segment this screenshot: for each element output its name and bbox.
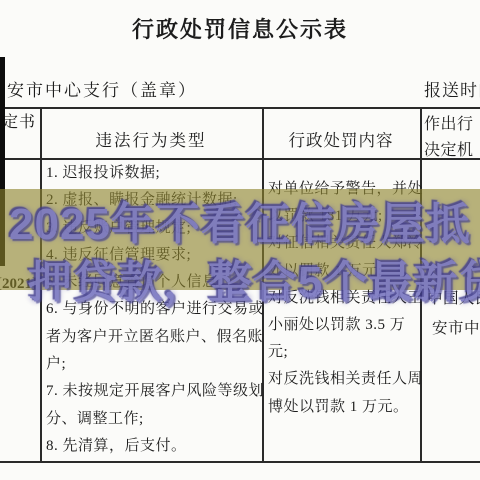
violation-line: 1. 迟报投诉数据;: [46, 160, 262, 187]
table-top-border: [0, 107, 480, 109]
table-bottom-border: [0, 461, 480, 463]
penalty-line: 元;: [268, 339, 420, 366]
header-deciding-authority: 作出行 决定机: [424, 112, 474, 164]
header-decision-doc: 定书: [2, 109, 36, 132]
penalty-line: 博处以罚款 1 万元。: [268, 394, 420, 421]
watermark-text-line1: 2025年不看征信房屋抵: [0, 188, 480, 252]
header-deciding-authority-line2: 决定机: [424, 138, 474, 164]
penalty-disclosure-document: 行政处罚信息公示表 雅安市中心支行（盖章） 报送时间 定书 违法行为类型 行政处…: [0, 0, 480, 480]
deciding-authority-line: 安市中: [427, 314, 480, 344]
violation-line: 7. 未按规定开展客户风险等级划: [46, 378, 262, 405]
report-time-label: 报送时间: [424, 76, 480, 101]
violation-line: 分、调整工作;: [46, 406, 262, 433]
document-title: 行政处罚信息公示表: [0, 13, 480, 44]
header-violation-type: 违法行为类型: [40, 127, 262, 151]
violation-line: 者为客户开立匿名账户、假名账: [46, 324, 262, 351]
violation-line: 8. 先清算，后支付。: [46, 433, 262, 460]
header-penalty-content: 行政处罚内容: [262, 127, 420, 151]
penalty-line: 对反洗钱相关责任人周: [268, 366, 420, 393]
violation-line: 户;: [46, 351, 262, 378]
header-deciding-authority-line1: 作出行: [424, 112, 474, 138]
branch-stamp-label: 雅安市中心支行（盖章）: [0, 76, 197, 101]
penalty-line: 小丽处以罚款 3.5 万: [268, 312, 420, 339]
watermark-text-line2: 押贷款，整合5个最新贷: [28, 246, 480, 310]
